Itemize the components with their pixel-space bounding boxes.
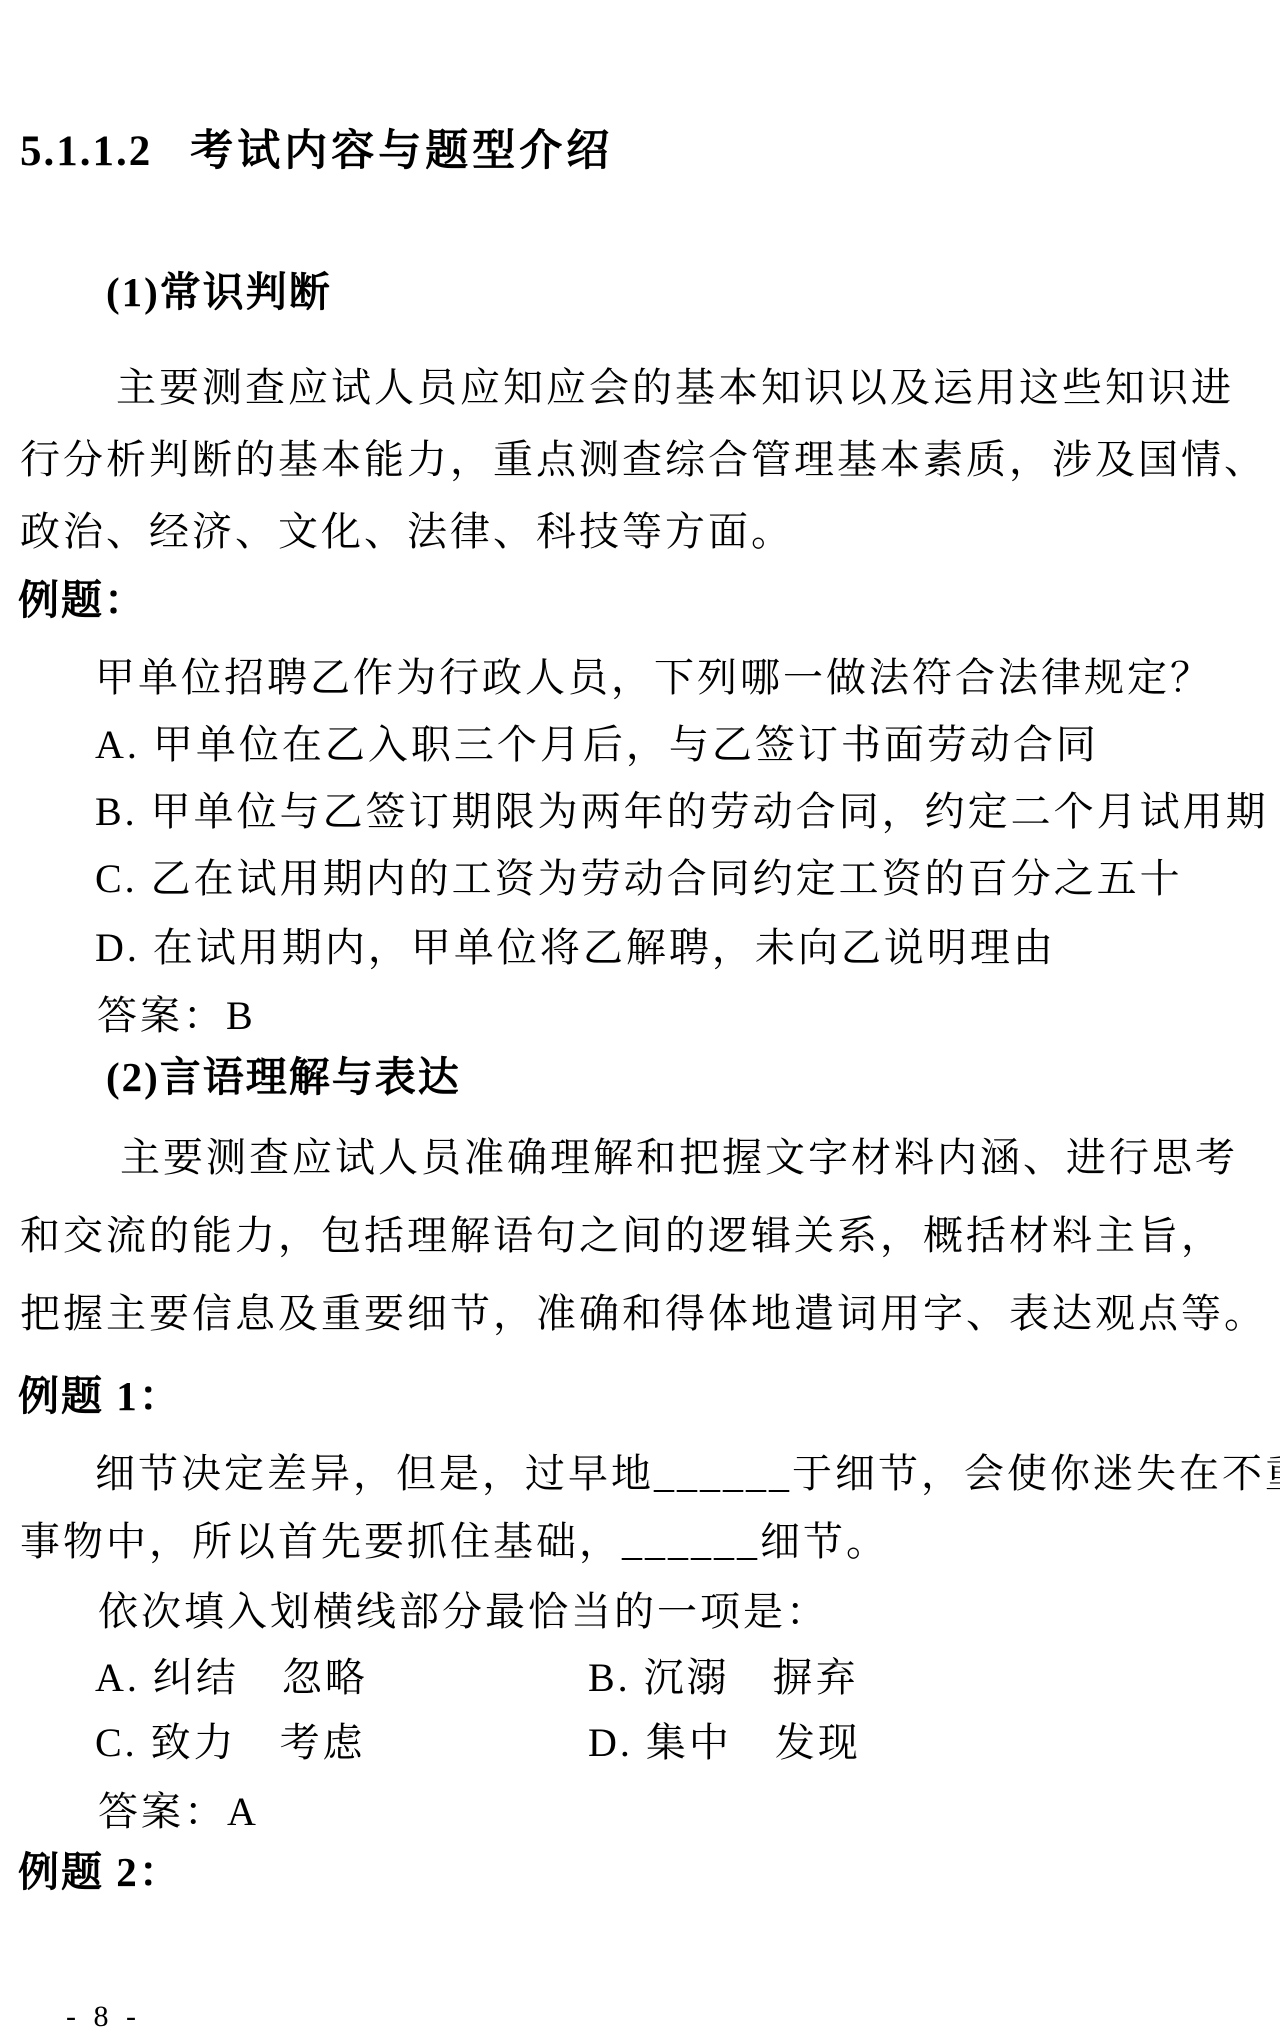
- section1-option-b: B. 甲单位与乙签订期限为两年的劳动合同，约定二个月试用期: [95, 792, 1269, 832]
- section-number: 5.1.1.2: [20, 128, 152, 175]
- section1-paragraph-line: 主要测查应试人员应知应会的基本知识以及运用这些知识进: [116, 368, 1234, 408]
- section2-answer: 答案：A: [98, 1792, 259, 1832]
- section2-example1-label: 例题 1：: [18, 1376, 182, 1417]
- section2-option-row: A. 纠结 忽略 B. 沉溺 摒弃: [95, 1658, 1215, 1698]
- section1-answer: 答案：B: [97, 996, 256, 1036]
- section2-paragraph-line: 把握主要信息及重要细节，准确和得体地遣词用字、表达观点等。: [20, 1294, 1267, 1334]
- section1-option-d: D. 在试用期内，甲单位将乙解聘，未向乙说明理由: [95, 928, 1056, 968]
- section2-prompt: 依次填入划横线部分最恰当的一项是：: [98, 1592, 829, 1632]
- section1-heading: (1)常识判断: [106, 272, 332, 313]
- section2-option-d: D. 集中 发现: [588, 1723, 861, 1763]
- page-title-text: 考试内容与题型介绍: [190, 128, 613, 175]
- section1-example-label: 例题：: [18, 580, 147, 621]
- section2-question-line: 细节决定差异，但是，过早地______于细节，会使你迷失在不重要的: [95, 1454, 1280, 1494]
- section2-option-c: C. 致力 考虑: [95, 1720, 366, 1765]
- section1-option-c: C. 乙在试用期内的工资为劳动合同约定工资的百分之五十: [95, 859, 1183, 899]
- document-page: 5.1.1.2考试内容与题型介绍 (1)常识判断 主要测查应试人员应知应会的基本…: [0, 0, 1280, 2042]
- section1-paragraph-line: 行分析判断的基本能力，重点测查综合管理基本素质，涉及国情、: [20, 440, 1267, 480]
- page-title: 5.1.1.2考试内容与题型介绍: [20, 130, 613, 173]
- section2-option-b: B. 沉溺 摒弃: [588, 1658, 859, 1698]
- section2-example2-label: 例题 2：: [18, 1852, 182, 1893]
- section1-question: 甲单位招聘乙作为行政人员，下列哪一做法符合法律规定？: [95, 658, 1213, 698]
- section2-option-a: A. 纠结 忽略: [95, 1655, 368, 1700]
- section2-paragraph-line: 主要测查应试人员准确理解和把握文字材料内涵、进行思考: [120, 1138, 1238, 1178]
- section2-paragraph-line: 和交流的能力，包括理解语句之间的逻辑关系，概括材料主旨，: [20, 1216, 1224, 1256]
- page-number: - 8 -: [66, 2002, 141, 2032]
- section1-paragraph-line: 政治、经济、文化、法律、科技等方面。: [20, 512, 794, 552]
- section1-option-a: A. 甲单位在乙入职三个月后，与乙签订书面劳动合同: [95, 725, 1099, 765]
- section2-question-line: 事物中，所以首先要抓住基础，______细节。: [20, 1522, 889, 1562]
- section2-heading: (2)言语理解与表达: [106, 1057, 461, 1098]
- section2-option-row: C. 致力 考虑 D. 集中 发现: [95, 1723, 1215, 1763]
